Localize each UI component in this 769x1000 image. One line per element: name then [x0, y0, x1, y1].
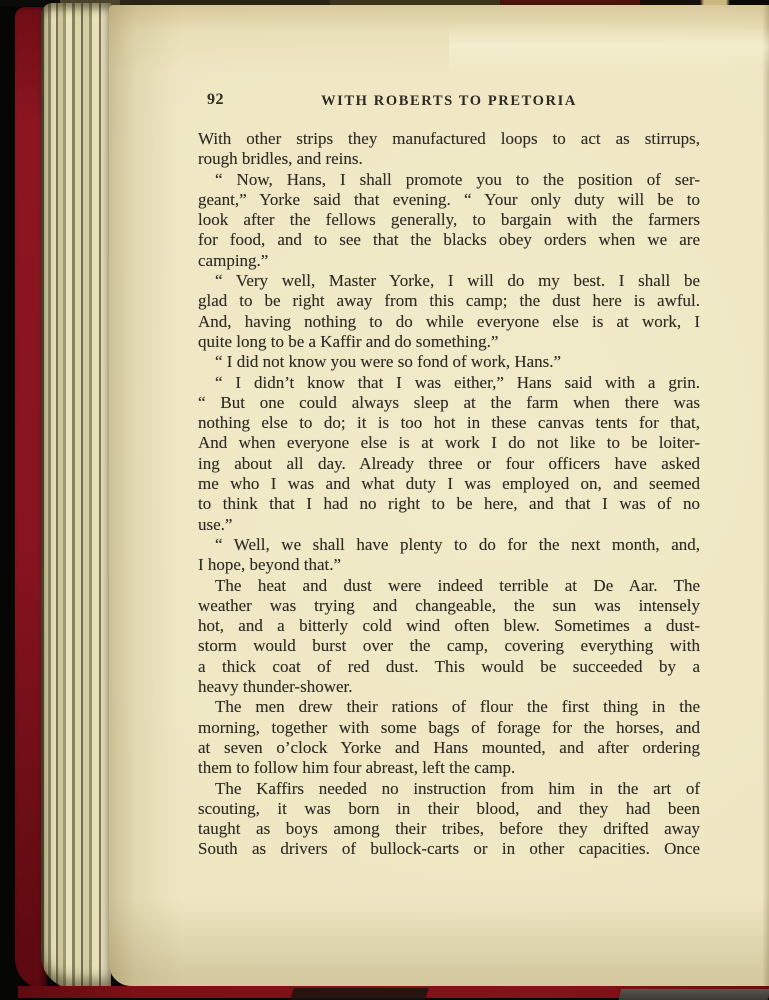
running-title: WITH ROBERTS TO PRETORIA — [198, 93, 700, 110]
text-line: “ Now, Hans, I shall promote you to the … — [198, 170, 700, 190]
text-line: taught as boys among their tribes, befor… — [198, 819, 700, 839]
text-line: The Kaffirs needed no instruction from h… — [198, 779, 700, 799]
text-line: “ Well, we shall have plenty to do for t… — [198, 535, 700, 555]
paragraph: The Kaffirs needed no instruction from h… — [198, 779, 700, 860]
text-line: them to follow him four abreast, left th… — [198, 758, 700, 778]
page-fore-edge-stack — [41, 3, 111, 989]
table-glare — [619, 989, 769, 1000]
scanned-book-photo: 92 WITH ROBERTS TO PRETORIA With other s… — [0, 0, 769, 1000]
body-text: With other strips they manufactured loop… — [198, 129, 700, 860]
text-line: heavy thunder-shower. — [198, 677, 700, 697]
text-line: use.” — [198, 515, 700, 535]
text-line: storm would burst over the camp, coverin… — [198, 636, 700, 656]
paragraph: “ Very well, Master Yorke, I will do my … — [198, 271, 700, 352]
text-line: “ I did not know you were so fond of wor… — [198, 352, 700, 372]
paragraph: “ Well, we shall have plenty to do for t… — [198, 535, 700, 576]
text-line: geant,” Yorke said that evening. “ Your … — [198, 190, 700, 210]
paragraph: With other strips they manufactured loop… — [198, 129, 700, 170]
page-header: 92 WITH ROBERTS TO PRETORIA — [198, 91, 700, 113]
text-line: South as drivers of bullock-carts or in … — [198, 839, 700, 859]
text-line: And when everyone else is at work I do n… — [198, 433, 700, 453]
text-line: “ I didn’t know that I was either,” Hans… — [198, 373, 700, 393]
book-page: 92 WITH ROBERTS TO PRETORIA With other s… — [109, 5, 769, 986]
text-line: hot, and a bitterly cold wind often blew… — [198, 616, 700, 636]
text-line: scouting, it was born in their blood, an… — [198, 799, 700, 819]
text-line: a thick coat of red dust. This would be … — [198, 657, 700, 677]
text-line: nothing else to do; it is too hot in the… — [198, 413, 700, 433]
text-line: weather was trying and changeable, the s… — [198, 596, 700, 616]
text-line: The heat and dust were indeed terrible a… — [198, 576, 700, 596]
paragraph: “ I did not know you were so fond of wor… — [198, 352, 700, 372]
text-line: look after the fellows generally, to bar… — [198, 210, 700, 230]
text-line: to think that I had no right to be here,… — [198, 494, 700, 514]
paper-sheen — [449, 27, 769, 73]
text-line: With other strips they manufactured loop… — [198, 129, 700, 149]
text-line: I hope, beyond that.” — [198, 555, 700, 575]
text-line: me who I was and what duty I was employe… — [198, 474, 700, 494]
paragraph: “ I didn’t know that I was either,” Hans… — [198, 373, 700, 535]
paragraph: “ Now, Hans, I shall promote you to the … — [198, 170, 700, 271]
text-line: rough bridles, and reins. — [198, 149, 700, 169]
text-line: And, having nothing to do while everyone… — [198, 312, 700, 332]
text-line: ing about all day. Already three or four… — [198, 454, 700, 474]
text-line: “ Very well, Master Yorke, I will do my … — [198, 271, 700, 291]
text-line: glad to be right away from this camp; th… — [198, 291, 700, 311]
text-line: The men drew their rations of flour the … — [198, 697, 700, 717]
text-line: morning, together with some bags of fora… — [198, 718, 700, 738]
paragraph: The men drew their rations of flour the … — [198, 697, 700, 778]
text-line: camping.” — [198, 251, 700, 271]
text-line: for food, and to see that the blacks obe… — [198, 230, 700, 250]
text-line: quite long to be a Kaffir and do somethi… — [198, 332, 700, 352]
paragraph: The heat and dust were indeed terrible a… — [198, 576, 700, 698]
text-line: at seven o’clock Yorke and Hans mounted,… — [198, 738, 700, 758]
shadow-patch — [290, 988, 429, 1000]
text-line: “ But one could always sleep at the farm… — [198, 393, 700, 413]
